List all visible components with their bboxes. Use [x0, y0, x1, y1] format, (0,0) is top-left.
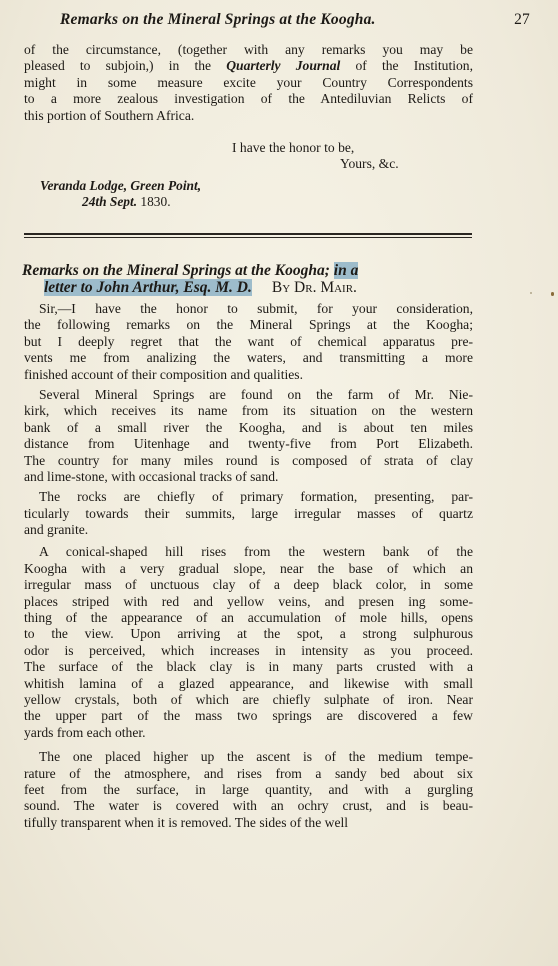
text-line: sound. The water is covered with an ochr… — [24, 798, 473, 814]
text-line: this portion of Southern Africa. — [24, 108, 473, 124]
section-divider — [24, 233, 472, 235]
text-line: ticularly towards their summits, large i… — [24, 506, 473, 522]
text-line: vents me from analizing the waters, and … — [24, 350, 473, 366]
text-line: The one placed higher up the ascent is o… — [24, 749, 473, 765]
text-line: the following remarks on the Mineral Spr… — [24, 317, 473, 333]
highlighted-text[interactable]: in a — [334, 262, 359, 279]
text-line: irregular mass of unctuous clay of a dee… — [24, 577, 473, 593]
text-line: places striped with red and yellow veins… — [24, 594, 473, 610]
section-divider — [24, 237, 472, 238]
valediction: Yours, &c. — [340, 156, 399, 172]
text-line: pleased to subjoin,) in the Quarterly Jo… — [24, 58, 473, 74]
paragraph: Several Mineral Springs are found on the… — [24, 387, 473, 485]
text-line: The rocks are chiefly of primary formati… — [24, 489, 473, 505]
text-line: A conical-shaped hill rises from the wes… — [24, 544, 473, 560]
text-line: of the circumstance, (together with any … — [24, 42, 473, 58]
text-line: kirk, which receives its name from its s… — [24, 403, 473, 419]
previous-letter-text: of the circumstance, (together with any … — [24, 42, 473, 124]
text-line: to the view. Upon arriving at the spot, … — [24, 626, 473, 642]
text-line: thing of the appearance of an accumulati… — [24, 610, 473, 626]
text-line: yards from each other. — [24, 725, 473, 741]
text-line: rature of the atmosphere, and rises from… — [24, 766, 473, 782]
text-line: odor is perceived, which increases in in… — [24, 643, 473, 659]
text-line: whitish lamina of a glazed appearance, a… — [24, 676, 473, 692]
journal-title: Quarterly Journal — [226, 58, 340, 73]
paragraph: A conical-shaped hill rises from the wes… — [24, 544, 473, 741]
text-line: finished account of their composition an… — [24, 367, 473, 383]
article-body: Sir,—I have the honor to submit, for you… — [24, 301, 473, 831]
text-line: The surface of the black clay is in many… — [24, 659, 473, 675]
text-line: but I deeply regret that the want of che… — [24, 334, 473, 350]
page-number: 27 — [514, 11, 530, 29]
text-line: might in some measure excite your Countr… — [24, 75, 473, 91]
text-line: distance from Uitenhage and twenty-five … — [24, 436, 473, 452]
text-line: Sir,—I have the honor to submit, for you… — [24, 301, 473, 317]
text-line: feet from the surface, in large quantity… — [24, 782, 473, 798]
letter-date: 24th Sept. 1830. — [82, 194, 171, 210]
article-byline: By Dr. Mair. — [272, 279, 357, 296]
text-line: to a more zealous investigation of the A… — [24, 91, 473, 107]
text-line: the upper part of the mass two springs a… — [24, 708, 473, 724]
page-speck — [530, 292, 532, 294]
closing-line: I have the honor to be, — [232, 140, 354, 156]
text-line: Several Mineral Springs are found on the… — [24, 387, 473, 403]
text-line: tifully transparent when it is removed. … — [24, 815, 473, 831]
running-head-title: Remarks on the Mineral Springs at the Ko… — [60, 11, 376, 29]
paragraph: The rocks are chiefly of primary formati… — [24, 489, 473, 538]
text-line: The country for many miles round is comp… — [24, 453, 473, 469]
paragraph: The one placed higher up the ascent is o… — [24, 749, 473, 831]
text-line: bank of a small river the Koogha, and is… — [24, 420, 473, 436]
text-line: Koogha with a very gradual slope, near t… — [24, 561, 473, 577]
paragraph: Sir,—I have the honor to submit, for you… — [24, 301, 473, 383]
letter-place: Veranda Lodge, Green Point, — [40, 178, 201, 194]
text-line: and granite. — [24, 522, 473, 538]
text-line: yellow crystals, both of which are chief… — [24, 692, 473, 708]
book-page: Remarks on the Mineral Springs at the Ko… — [0, 0, 558, 966]
page-speck — [551, 292, 554, 296]
text-line: and lime-stone, with occasional tracks o… — [24, 469, 473, 485]
article-title: Remarks on the Mineral Springs at the Ko… — [22, 262, 325, 279]
highlighted-text[interactable]: letter to John Arthur, Esq. M. D. — [44, 279, 252, 296]
